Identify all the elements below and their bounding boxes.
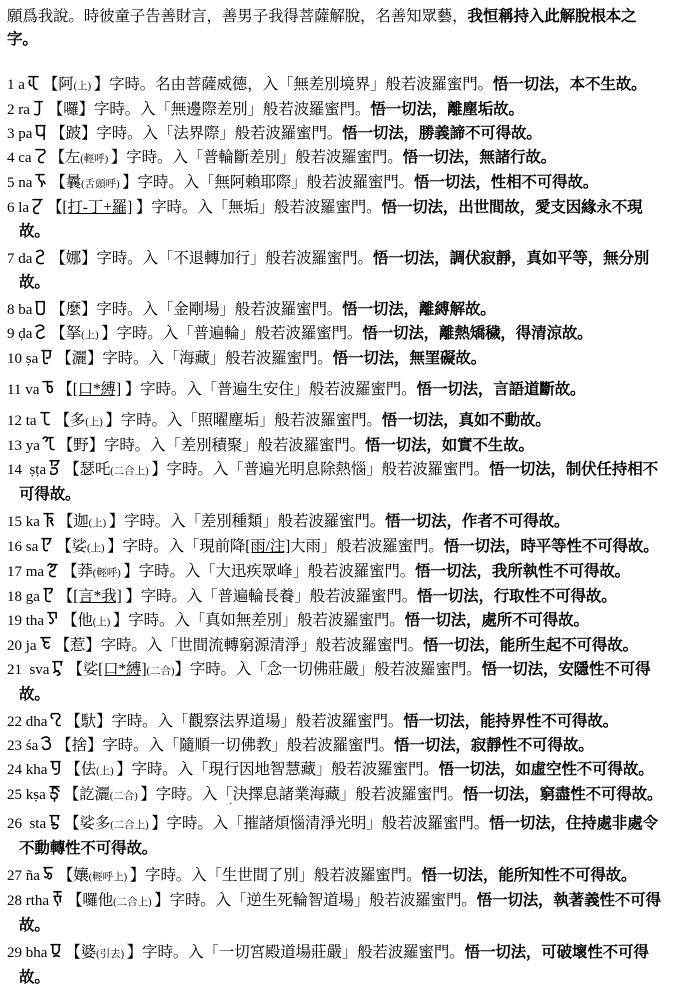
enter-label: 入 [170, 513, 185, 530]
reading-segment: 麼 [66, 301, 81, 318]
entry-16: 16 sa【娑(上) 】字時。入「現前降[雨/注]大雨」般若波羅蜜門。悟一切法，… [7, 535, 667, 560]
entry-14: 14 ṣṭa【瑟吒(二合上) 】字時。入「普遍光明息除熱惱」般若波羅蜜門。悟一切… [7, 458, 667, 506]
zi-shi-label: 字時。 [156, 786, 202, 803]
zi-shi-label: 字時。 [111, 713, 157, 730]
quote-open: 「 [162, 637, 177, 654]
bracket-open: 【 [56, 350, 71, 367]
gate-name-segment: 真如無差別 [205, 612, 282, 629]
reading-segment: 瑟吒 [79, 461, 110, 478]
quote-close: 」 [239, 325, 254, 342]
quote-open: 「 [228, 461, 243, 478]
zi-shi-label: 字時。 [132, 761, 178, 778]
entry-romanization: śa [26, 738, 39, 754]
realization-text: 悟一切法，處所不可得故。 [405, 612, 589, 629]
realization-text: 悟一切法，能所知性不可得故。 [421, 867, 636, 884]
gate-name-segment: 一切宮殿道場莊嚴 [219, 944, 342, 961]
siddham-dha-glyph [48, 710, 63, 730]
quote-open: 「 [202, 381, 217, 398]
realization-text: 悟一切法，真如不動故。 [382, 412, 551, 429]
siddham-kha-glyph [48, 758, 63, 778]
siddham-pa-glyph [33, 122, 48, 142]
realization-text: 悟一切法，言語道斷故。 [417, 381, 586, 398]
entry-romanization: ña [26, 868, 40, 884]
reading-segment: (二合) [110, 791, 141, 802]
entry-number: 28 [7, 893, 22, 909]
gate-name-segment: 普遍光明息除熱惱 [243, 461, 366, 478]
prajnaparamita-gate-label: 般若波羅蜜門。 [309, 381, 416, 398]
quote-open: 「 [158, 250, 173, 267]
bracket-close: 】 [116, 761, 131, 778]
quote-close: 」 [248, 101, 263, 118]
bracket-close: 】 [87, 350, 102, 367]
realization-text: 悟一切法，作者不可得故。 [385, 513, 569, 530]
prajnaparamita-gate-label: 般若波羅蜜門。 [295, 149, 402, 166]
entry-number: 13 [7, 438, 22, 454]
reading-segment: (二合) [147, 666, 175, 677]
siddham-ya-glyph [41, 434, 56, 454]
quote-open: 「 [165, 437, 180, 454]
realization-text: 悟一切法，如虛空性不可得故。 [439, 761, 654, 778]
entry-romanization: sa [26, 539, 39, 555]
enter-label: 入 [143, 125, 158, 142]
siddham-ba-glyph [33, 298, 48, 318]
gate-name-segment: 不退轉加行 [173, 250, 250, 267]
realization-text: 悟一切法，能所生起不可得故。 [423, 637, 638, 654]
bracket-open: 【 [65, 713, 80, 730]
gate-name-segment: 現行因地智慧藏 [208, 761, 315, 778]
bracket-close: 】 [154, 892, 169, 909]
prajnaparamita-gate-label: 般若波羅蜜門。 [385, 76, 492, 93]
entry-number: 16 [7, 539, 22, 555]
siddham-tha-glyph [45, 609, 60, 629]
bracket-open: 【 [64, 815, 79, 832]
realization-text: 悟一切法，能持界性不可得故。 [403, 713, 618, 730]
bracket-close: 】 [107, 538, 122, 555]
quote-close: 」 [366, 815, 381, 832]
enter-label: 入 [163, 325, 178, 342]
reading-segment: 馱 [81, 713, 96, 730]
entry-15: 15 ka【迦(上) 】字時。入「差別種類」般若波羅蜜門。悟一切法，作者不可得故… [7, 510, 667, 535]
siddham-ḍa-glyph [33, 322, 48, 342]
bracket-open: 【 [50, 250, 65, 267]
prajnaparamita-gate-label: 般若波羅蜜門。 [225, 350, 332, 367]
entry-number: 8 [7, 302, 15, 318]
reading-segment: (上) [96, 766, 116, 777]
bracket-close: 】 [101, 325, 116, 342]
entry-romanization: ya [26, 438, 40, 454]
entry-13: 13 ya【野】字時。入「差別積聚」般若波羅蜜門。悟一切法，如實不生故。 [7, 434, 667, 458]
siddham-ja-glyph [38, 634, 53, 654]
entry-12: 12 ta【多(上) 】字時。入「照曜塵垢」般若波羅蜜門。悟一切法，真如不動故。 [7, 409, 667, 434]
zi-shi-label: 字時。 [96, 125, 142, 142]
enter-label: 入 [216, 892, 231, 909]
zi-shi-label: 字時。 [190, 661, 236, 678]
entry-27: 27 ña【孃(輕呼上) 】字時。入「生世間了別」般若波羅蜜門。悟一切法，能所知… [7, 864, 667, 889]
siddham-ra-glyph [31, 98, 46, 118]
quote-open: 「 [190, 612, 205, 629]
quote-close: 」 [370, 76, 385, 93]
zi-shi-label: 字時。 [167, 815, 213, 832]
reading-segment: 囉 [63, 101, 78, 118]
quote-close: 」 [340, 786, 355, 803]
gate-name-segment: 生世間了別 [222, 867, 299, 884]
bracket-open: 【 [56, 538, 71, 555]
siddham-na-glyph [33, 171, 48, 191]
siddham-ṣa-glyph [39, 347, 54, 367]
reading-segment: (上) [81, 330, 101, 341]
zi-shi-label: 字時。 [102, 350, 148, 367]
quote-open: 「 [155, 101, 170, 118]
prajnaparamita-gate-label: 般若波羅蜜門。 [369, 892, 476, 909]
siddham-ṣṭa-glyph [47, 458, 62, 478]
bracket-open: 【 [50, 325, 65, 342]
prajnaparamita-gate-label: 般若波羅蜜門。 [235, 125, 342, 142]
entry-romanization: rtha [26, 893, 49, 909]
quote-open: 「 [186, 513, 201, 530]
quote-open: 「 [158, 301, 173, 318]
enter-label: 入 [185, 563, 200, 580]
reading-segment: 莽 [77, 563, 92, 580]
quote-close: 」 [210, 350, 225, 367]
bracket-open: 【 [50, 125, 65, 142]
entry-romanization: tha [26, 613, 44, 629]
bracket-open: 【 [57, 381, 72, 398]
bracket-open: 【 [47, 199, 62, 216]
enter-label: 入 [202, 786, 217, 803]
enter-label: 入 [158, 713, 173, 730]
prajnaparamita-gate-label: 般若波羅蜜門。 [336, 538, 443, 555]
prajnaparamita-gate-label: 般若波羅蜜門。 [263, 101, 370, 118]
reading-segment: [言*我] [73, 588, 121, 605]
gate-name-segment: 普遍生安住 [217, 381, 294, 398]
quote-open: 「 [228, 815, 243, 832]
reading-segment: 迦 [73, 513, 88, 530]
reading-segment: 娑 [72, 538, 87, 555]
entry-4: 4 ca【左(輕呼) 】字時。入「普輪斷差別」般若波羅蜜門。悟一切法，無諸行故。 [7, 146, 667, 171]
prajnaparamita-gate-label: 般若波羅蜜門。 [331, 761, 438, 778]
bracket-close: 】 [96, 713, 111, 730]
realization-text: 悟一切法，離塵垢故。 [370, 101, 524, 118]
entry-number: 19 [7, 613, 22, 629]
zi-shi-label: 字時。 [104, 437, 150, 454]
siddham-rtha-glyph [50, 889, 65, 909]
prajnaparamita-gate-label: 般若波羅蜜門。 [307, 174, 414, 191]
entry-number: 25 [7, 787, 22, 803]
siddham-va-glyph [40, 378, 55, 398]
zi-shi-label: 字時。 [102, 737, 148, 754]
realization-text: 悟一切法，無罣礙故。 [333, 350, 487, 367]
reading-segment: 阿 [58, 76, 73, 93]
quote-open: 「 [204, 944, 219, 961]
reading-segment: (輕呼) [93, 568, 124, 579]
enter-label: 入 [172, 149, 187, 166]
reading-segment: (舌頭呼) [81, 179, 122, 190]
siddham-la-glyph [30, 196, 45, 216]
bracket-close: 】 [151, 461, 166, 478]
reading-segment: (引去) [96, 949, 127, 960]
entry-romanization: kha [26, 762, 48, 778]
quote-open: 「 [158, 125, 173, 142]
enter-label: 入 [236, 661, 251, 678]
entry-romanization: ba [18, 302, 32, 318]
quote-close: 」 [299, 867, 314, 884]
scanned-document-page: 願爲我說。時彼童子告善財言，善男子我得菩薩解脫，名善知眾藝，我恒稱持入此解脫根本… [0, 0, 673, 1001]
bracket-open: 【 [50, 149, 65, 166]
reading-segment: 拏 [66, 325, 81, 342]
zi-shi-label: 字時。 [142, 944, 188, 961]
zi-shi-label: 字時。 [101, 637, 147, 654]
entry-2: 2 ra【囉】字時。入「無邊際差別」般若波羅蜜門。悟一切法，離塵垢故。 [7, 98, 667, 122]
entry-romanization: ra [18, 102, 30, 118]
quote-open: 「 [164, 350, 179, 367]
entry-3: 3 pa【跛】字時。入「法界際」般若波羅蜜門。悟一切法，勝義諦不可得故。 [7, 122, 667, 146]
reading-segment: 左 [65, 149, 80, 166]
bracket-close: 】 [113, 612, 128, 629]
entry-number: 14 [7, 462, 22, 478]
bracket-close: 】 [105, 412, 120, 429]
reading-segment: 婆 [81, 944, 96, 961]
quote-close: 」 [294, 588, 309, 605]
prajnaparamita-gate-label: 般若波羅蜜門。 [255, 325, 362, 342]
reading-segment: 多 [70, 412, 85, 429]
bracket-close: 】 [85, 637, 100, 654]
gate-name-segment: 普遍輪長養 [217, 588, 294, 605]
bracket-open: 【 [58, 588, 73, 605]
prajnaparamita-gate-label: 般若波羅蜜門。 [235, 301, 342, 318]
gate-name-segment: 無邊際差別 [171, 101, 248, 118]
prajnaparamita-gate-label: 般若波羅蜜門。 [274, 199, 381, 216]
entry-romanization: ja [26, 638, 37, 654]
bracket-close: 】 [79, 101, 94, 118]
entry-romanization: ṣṭa [29, 462, 46, 478]
entry-number: 22 [7, 714, 22, 730]
quote-open: 「 [178, 325, 193, 342]
reading-segment: 跛 [66, 125, 81, 142]
bracket-close: 】 [109, 513, 124, 530]
enter-label: 入 [169, 538, 184, 555]
zi-shi-label: 字時。 [138, 174, 184, 191]
quote-open: 「 [213, 199, 228, 216]
gate-name-segment: 普輪斷差別 [203, 149, 280, 166]
realization-text: 悟一切法，時平等性不可得故。 [444, 538, 659, 555]
entry-number: 6 [7, 200, 15, 216]
prajnaparamita-gate-label: 般若波羅蜜門。 [274, 412, 381, 429]
quote-close: 」 [280, 713, 295, 730]
entry-romanization: ṣa [26, 351, 39, 367]
entry-23: 23 śa【捨】字時。入「隨順一切佛教」般若波羅蜜門。悟一切法，寂靜性不可得故。 [7, 734, 667, 758]
bracket-open: 【 [48, 101, 63, 118]
bracket-open: 【 [62, 563, 77, 580]
entry-romanization: pa [18, 126, 32, 142]
siddham-ña-glyph [41, 864, 56, 884]
enter-label: 入 [178, 761, 193, 778]
entry-11: 11 va【[口*縛] 】字時。入「普遍生安住」般若波羅蜜門。悟一切法，言語道斷… [7, 378, 667, 402]
quote-open: 「 [173, 713, 188, 730]
entry-romanization: ca [18, 150, 31, 166]
entry-26: 26 sta【娑多(二合上) 】字時。入「摧諸煩惱清淨光明」般若波羅蜜門。悟一切… [7, 812, 667, 860]
bracket-open: 【 [55, 637, 70, 654]
entry-19: 19 tha【他(上) 】字時。入「真如無差別」般若波羅蜜門。悟一切法，處所不可… [7, 609, 667, 634]
reading-segment: 他 [77, 612, 92, 629]
enter-label: 入 [143, 301, 158, 318]
zi-shi-label: 字時。 [122, 538, 168, 555]
zi-shi-label: 字時。 [167, 461, 213, 478]
bracket-open: 【 [65, 944, 80, 961]
realization-text: 悟一切法，無諸行故。 [403, 149, 557, 166]
zi-shi-label: 字時。 [96, 250, 142, 267]
entry-number: 11 [7, 382, 21, 398]
realization-text: 悟一切法，我所執性不可得故。 [415, 563, 630, 580]
entry-romanization: ga [26, 589, 40, 605]
prajnaparamita-gate-label: 般若波羅蜜門。 [278, 513, 385, 530]
bracket-close: 】 [94, 76, 109, 93]
header-text: 願爲我說。時彼童子告善財言，善男子我得菩薩解脫，名善知眾藝， [7, 8, 468, 25]
bracket-open: 【 [67, 892, 82, 909]
siddham-śa-glyph [39, 734, 54, 754]
siddham-ka-glyph [41, 510, 56, 530]
prajnaparamita-gate-label: 般若波羅蜜門。 [308, 563, 415, 580]
reading-segment: 娑多 [79, 815, 110, 832]
reading-segment: 野 [73, 437, 88, 454]
gate-name-segment: 隨順一切佛教 [179, 737, 271, 754]
reading-segment: 娑 [83, 661, 98, 678]
quote-open: 「 [200, 563, 215, 580]
reading-segment: (上) [89, 518, 109, 529]
gate-name-segment: 金剛場 [173, 301, 219, 318]
bracket-open: 【 [67, 661, 82, 678]
syllable-entries-list: 1 a【阿(上) 】字時。名由菩薩威德，入「無差別境界」般若波羅蜜門。悟一切法，… [7, 73, 667, 989]
prajnaparamita-gate-label: 般若波羅蜜門。 [357, 944, 464, 961]
quote-open: 「 [207, 867, 222, 884]
quote-close: 」 [294, 381, 309, 398]
prajnaparamita-gate-label: 般若波羅蜜門。 [314, 867, 421, 884]
bracket-close: 】 [123, 563, 138, 580]
entry-22: 22 dha【馱】字時。入「觀察法界道場」般若波羅蜜門。悟一切法，能持界性不可得… [7, 710, 667, 734]
reading-segment: 孃 [73, 867, 88, 884]
reading-segment: (二合上) [110, 466, 151, 477]
entry-romanization: da [18, 251, 32, 267]
entry-romanization: ḍa [18, 326, 32, 342]
reading-segment: 灑 [72, 350, 87, 367]
prajnaparamita-gate-label: 般若波羅蜜門。 [382, 461, 489, 478]
prajnaparamita-gate-label: 般若波羅蜜門。 [382, 815, 489, 832]
prajnaparamita-gate-label: 般若波羅蜜門。 [374, 661, 481, 678]
gate-name-segment: 逆生死輪智道場 [246, 892, 353, 909]
entry-romanization: sva [29, 662, 49, 678]
quote-open: 「 [182, 412, 197, 429]
reading-segment: 佉 [81, 761, 96, 778]
zi-shi-label: 字時。 [170, 892, 216, 909]
header-paragraph: 願爲我說。時彼童子告善財言，善男子我得菩薩解脫，名善知眾藝，我恒稱持入此解脫根本… [7, 5, 667, 51]
quote-close: 」 [359, 661, 374, 678]
enter-label: 入 [147, 637, 162, 654]
zi-shi-label: 字時。 [141, 588, 187, 605]
entry-6: 6 la【[打-丁+羅] 】字時。入「無垢」般若波羅蜜門。悟一切法，出世間故，愛… [7, 196, 667, 243]
realization-text: 悟一切法，行取性不可得故。 [417, 588, 617, 605]
siddham-ga-glyph [41, 585, 56, 605]
realization-text: 悟一切法，窮盡性不可得故。 [463, 786, 663, 803]
quote-close: 」 [259, 412, 274, 429]
gate-name-segment: 法界際 [173, 125, 219, 142]
reading-segment: [打-丁+羅] [62, 199, 132, 216]
entry-29: 29 bha【婆(引去) 】字時。入「一切宮殿道場莊嚴」般若波羅蜜門。悟一切法，… [7, 941, 667, 989]
entry-romanization: bha [26, 945, 48, 961]
quote-close: 」 [271, 737, 286, 754]
reading-segment: (上) [85, 417, 105, 428]
reading-segment: 娜 [66, 250, 81, 267]
entry-romanization: ka [26, 514, 40, 530]
realization-text: 悟一切法，本不生故。 [493, 76, 647, 93]
prajnaparamita-gate-label: 般若波羅蜜門。 [355, 786, 462, 803]
prajnaparamita-gate-label: 般若波羅蜜門。 [265, 250, 372, 267]
entry-romanization: kṣa [26, 787, 46, 803]
zi-shi-label: 字時。 [94, 101, 140, 118]
gate-name-segment: 差別種類 [201, 513, 262, 530]
enter-label: 入 [184, 174, 199, 191]
entry-number: 29 [7, 945, 22, 961]
bracket-open: 【 [50, 301, 65, 318]
siddham-kṣa-glyph [47, 783, 62, 803]
entry-number: 5 [7, 175, 15, 191]
bracket-open: 【 [64, 786, 79, 803]
prajnaparamita-gate-label: 般若波羅蜜門。 [310, 588, 417, 605]
enter-label: 入 [197, 199, 212, 216]
bracket-open: 【 [50, 174, 65, 191]
bracket-open: 【 [64, 461, 79, 478]
enter-label: 入 [213, 461, 228, 478]
gate-name-segment: 大迅疾眾峰 [216, 563, 293, 580]
entry-number: 10 [7, 351, 22, 367]
quote-close: 」 [219, 125, 234, 142]
quote-close: 」 [250, 250, 265, 267]
before-gate-text: 名由菩薩威德， [155, 76, 262, 93]
gate-name-segment: [雨/注] [245, 538, 290, 555]
entry-romanization: va [25, 382, 39, 398]
quote-close: 」 [282, 612, 297, 629]
entry-romanization: dha [26, 714, 48, 730]
entry-number: 24 [7, 762, 22, 778]
entry-5: 5 na【曩(舌頭呼) 】字時。入「無阿賴耶際」般若波羅蜜門。悟一切法，性相不可… [7, 171, 667, 196]
bracket-close: 】 [81, 250, 96, 267]
reading-segment: [口*縛] [98, 661, 146, 678]
bracket-open: 【 [55, 412, 70, 429]
bracket-close: 】 [89, 437, 104, 454]
quote-close: 」 [321, 538, 336, 555]
gate-name-segment: 決擇息諸業海藏 [233, 786, 340, 803]
entry-romanization: a [18, 77, 25, 93]
bracket-close: 】 [136, 199, 151, 216]
quote-close: 」 [354, 892, 369, 909]
zi-shi-label: 字時。 [117, 325, 163, 342]
entry-romanization: la [18, 200, 29, 216]
quote-open: 「 [199, 174, 214, 191]
quote-close: 」 [316, 761, 331, 778]
reading-segment: (輕呼) [80, 154, 111, 165]
quote-close: 」 [291, 174, 306, 191]
entry-28: 28 rtha【囉他(二合上) 】字時。入「逆生死輪智道場」般若波羅蜜門。悟一切… [7, 889, 667, 937]
quote-open: 「 [251, 661, 266, 678]
entry-number: 15 [7, 514, 22, 530]
enter-label: 入 [148, 350, 163, 367]
prajnaparamita-gate-label: 般若波羅蜜門。 [258, 437, 365, 454]
entry-21: 21 sva【娑[口*縛](二合)】字時。入「念一切佛莊嚴」般若波羅蜜門。悟一切… [7, 658, 667, 706]
reading-segment: [口*縛] [73, 381, 121, 398]
quote-close: 」 [342, 944, 357, 961]
entry-number: 2 [7, 102, 15, 118]
siddham-sa-glyph [39, 535, 54, 555]
zi-shi-label: 字時。 [139, 563, 185, 580]
entry-number: 12 [7, 413, 22, 429]
